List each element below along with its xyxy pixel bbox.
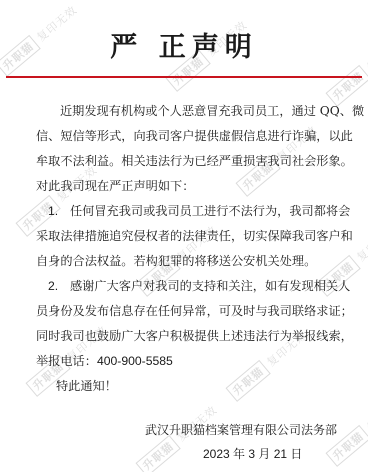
date: 2023 年 3 月 21 日 — [203, 445, 302, 462]
report-phone: 400-900-5585 — [97, 354, 173, 368]
closing-text: 特此通知！ — [36, 374, 336, 399]
report-phone-line: 举报电话：400-900-5585 — [36, 349, 336, 374]
item-number: 1. — [48, 199, 70, 224]
text-line: 信、短信等形式，向我司客户提供虚假信息进行诈骗，以此 — [36, 124, 336, 149]
document-title: 严 正声明 — [0, 25, 368, 64]
text-line: 牟取不法利益。相关违法行为已经严重损害我司社会形象。 — [36, 149, 336, 174]
text-line: 任何冒充我司或我司员工进行不法行为，我司都将会 — [70, 204, 350, 218]
text-line: 采取法律措施追究侵权者的法律责任，切实保障我司客户和 — [36, 224, 336, 249]
signature: 武汉升职猫档案管理有限公司法务部 — [145, 421, 337, 438]
intro-paragraph: 近期发现有机构或个人恶意冒充我司员工，通过 QQ、微 信、短信等形式，向我司客户… — [36, 99, 336, 199]
text-line: 近期发现有机构或个人恶意冒充我司员工，通过 QQ、微 — [36, 99, 336, 124]
text-line: 自身的合法权益。若构犯罪的将移送公安机关处理。 — [36, 249, 336, 274]
statement-item-1: 1.任何冒充我司或我司员工进行不法行为，我司都将会 采取法律措施追究侵权者的法律… — [36, 199, 336, 274]
text-line: 感谢广大客户对我司的支持和关注，如有发现相关人 — [70, 279, 350, 293]
item-number: 2. — [48, 274, 70, 299]
statement-item-2: 2.感谢广大客户对我司的支持和关注，如有发现相关人 员身份及发布信息存在任何异常… — [36, 274, 336, 399]
text-line: 对此我司现在严正声明如下： — [36, 174, 336, 199]
text-line: 员身份及发布信息存在任何异常，可及时与我司联络求证； — [36, 299, 336, 324]
title-divider — [6, 76, 362, 78]
report-phone-label: 举报电话： — [36, 354, 97, 368]
text-line: 同时我司也鼓励广大客户积极提供上述违法行为举报线索， — [36, 324, 336, 349]
